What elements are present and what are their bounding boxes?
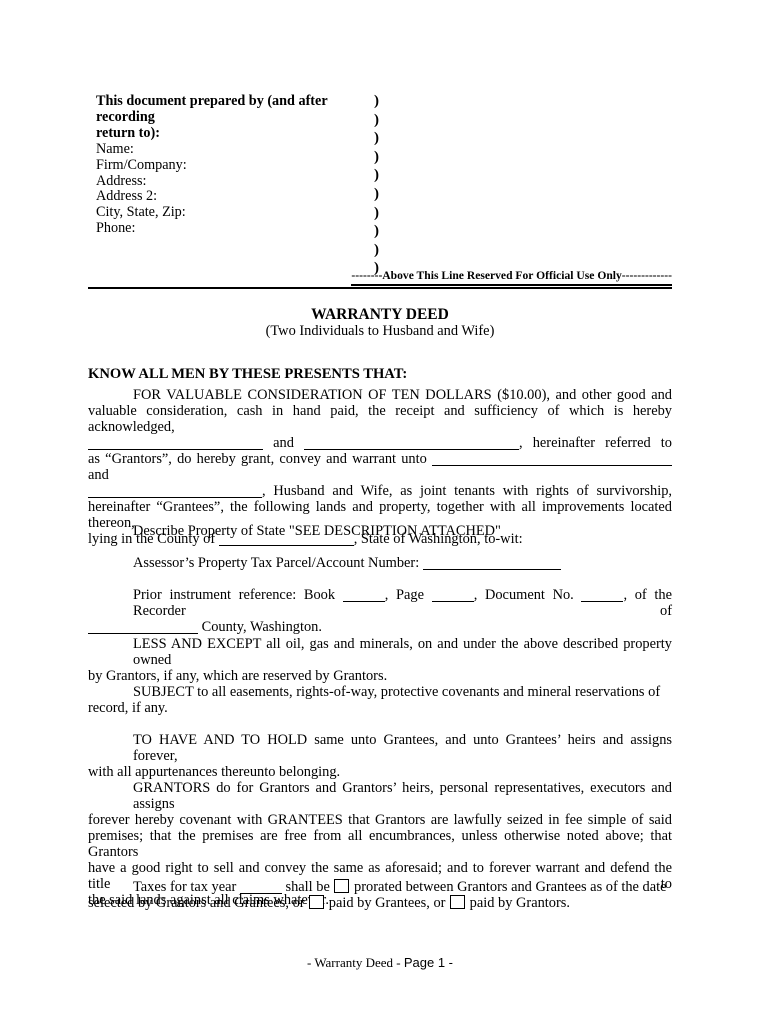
paren-mark: ) [374, 92, 394, 111]
paren-mark: ) [374, 166, 394, 185]
text-run: TO HAVE AND TO HOLD same unto Grantees, … [133, 732, 672, 764]
text-line: as “Grantors”, do hereby grant, convey a… [88, 451, 672, 483]
text-run: County, Washington. [198, 619, 322, 635]
presents-heading: KNOW ALL MEN BY THESE PRESENTS THAT: [88, 366, 672, 382]
text-run: Assessor’s Property Tax Parcel/Account N… [133, 555, 423, 571]
fill-in-blank[interactable] [88, 437, 263, 450]
page-footer: - Warranty Deed - Page 1 - [88, 955, 672, 971]
text-line: GRANTORS do for Grantors and Grantors’ h… [88, 780, 672, 812]
text-run: forever hereby covenant with GRANTEES th… [88, 812, 672, 828]
text-line: record, if any. [88, 700, 672, 716]
paren-mark: ) [374, 185, 394, 204]
paragraph-prior-instrument: Prior instrument reference: Book , Page … [88, 587, 672, 635]
text-line: valuable consideration, cash in hand pai… [88, 403, 672, 435]
prepared-by-line-1: This document prepared by (and after rec… [96, 94, 386, 126]
header-field-address-2: Address 2: [96, 189, 386, 205]
paren-mark: ) [374, 111, 394, 130]
text-line: with all appurtenances thereunto belongi… [88, 764, 672, 780]
paragraph-taxes: Taxes for tax year shall be prorated bet… [88, 879, 672, 911]
fill-in-blank[interactable] [88, 485, 262, 498]
fill-in-blank[interactable] [432, 453, 672, 466]
text-run: LESS AND EXCEPT all oil, gas and mineral… [133, 636, 672, 668]
fill-in-blank[interactable] [304, 437, 519, 450]
text-run: , Page [385, 587, 432, 603]
title-block: WARRANTY DEED (Two Individuals to Husban… [88, 306, 672, 340]
warranty-deed-page: This document prepared by (and after rec… [0, 0, 770, 1024]
text-run: , hereinafter referred to [519, 435, 672, 451]
text-run: GRANTORS do for Grantors and Grantors’ h… [133, 780, 672, 812]
text-line: SUBJECT to all easements, rights-of-way,… [88, 684, 672, 700]
text-run: as “Grantors”, do hereby grant, convey a… [88, 451, 432, 467]
text-line: premises; that the premises are free fro… [88, 828, 672, 860]
paren-mark: ) [374, 129, 394, 148]
text-run: paid by Grantees, or [325, 895, 449, 911]
fill-in-blank[interactable] [581, 589, 623, 602]
text-line: Taxes for tax year shall be prorated bet… [88, 879, 672, 895]
document-subtitle: (Two Individuals to Husband and Wife) [88, 323, 672, 340]
checkbox[interactable] [309, 895, 324, 909]
reserved-notice-text: --------Above This Line Reserved For Off… [351, 269, 672, 286]
recording-return-block: This document prepared by (and after rec… [96, 94, 386, 237]
paragraph-to-have-and-hold: TO HAVE AND TO HOLD same unto Grantees, … [88, 732, 672, 780]
text-line: County, Washington. [88, 619, 672, 635]
text-line: Assessor’s Property Tax Parcel/Account N… [88, 555, 672, 571]
paren-mark: ) [374, 148, 394, 167]
paren-mark: ) [374, 222, 394, 241]
header-field-firm-company: Firm/Company: [96, 158, 386, 174]
text-run: prorated between Grantors and Grantees a… [350, 879, 666, 895]
paren-mark: ) [374, 204, 394, 223]
footer-doc-name: - Warranty Deed - [307, 955, 404, 970]
header-divider [88, 287, 672, 289]
header-field-name: Name: [96, 142, 386, 158]
text-run: premises; that the premises are free fro… [88, 828, 672, 860]
header-field-address: Address: [96, 174, 386, 190]
text-run: and [263, 435, 304, 451]
text-line: TO HAVE AND TO HOLD same unto Grantees, … [88, 732, 672, 764]
paragraph-subject-to: SUBJECT to all easements, rights-of-way,… [88, 684, 672, 716]
text-run: and [88, 467, 109, 483]
text-line: forever hereby covenant with GRANTEES th… [88, 812, 672, 828]
text-run: Prior instrument reference: Book [133, 587, 343, 603]
text-run: SUBJECT to all easements, rights-of-way,… [133, 684, 660, 700]
text-line: selected by Grantors and Grantees, or pa… [88, 895, 672, 911]
text-run: by Grantors, if any, which are reserved … [88, 668, 387, 684]
text-run: shall be [282, 879, 334, 895]
reserved-line: --------Above This Line Reserved For Off… [88, 268, 672, 283]
header-field-phone: Phone: [96, 221, 386, 237]
checkbox[interactable] [450, 895, 465, 909]
text-run: with all appurtenances thereunto belongi… [88, 764, 340, 780]
fill-in-blank[interactable] [88, 621, 198, 634]
checkbox[interactable] [334, 879, 349, 893]
prepared-by-line-2: return to): [96, 126, 386, 142]
recording-stamp-parens: ) ) ) ) ) ) ) ) ) ) [374, 92, 394, 278]
text-line: Describe Property of State "SEE DESCRIPT… [88, 523, 672, 539]
document-title: WARRANTY DEED [88, 306, 672, 323]
line-assessor-parcel: Assessor’s Property Tax Parcel/Account N… [88, 555, 672, 571]
text-line: LESS AND EXCEPT all oil, gas and mineral… [88, 636, 672, 668]
fill-in-blank[interactable] [240, 881, 282, 894]
fill-in-blank[interactable] [423, 557, 561, 570]
text-line: , Husband and Wife, as joint tenants wit… [88, 483, 672, 499]
text-line: Prior instrument reference: Book , Page … [88, 587, 672, 619]
text-run: Taxes for tax year [133, 879, 240, 895]
text-run: , Husband and Wife, as joint tenants wit… [262, 483, 672, 499]
paren-mark: ) [374, 241, 394, 260]
header-field-city-state-zip: City, State, Zip: [96, 205, 386, 221]
text-line: and , hereinafter referred to [88, 435, 672, 451]
paragraph-less-and-except: LESS AND EXCEPT all oil, gas and mineral… [88, 636, 672, 684]
text-line: by Grantors, if any, which are reserved … [88, 668, 672, 684]
text-run: valuable consideration, cash in hand pai… [88, 403, 672, 435]
footer-page-number: Page 1 - [404, 955, 453, 970]
text-run: FOR VALUABLE CONSIDERATION OF TEN DOLLAR… [133, 387, 672, 403]
text-run: Describe Property of State "SEE DESCRIPT… [133, 523, 501, 539]
text-line: FOR VALUABLE CONSIDERATION OF TEN DOLLAR… [88, 387, 672, 403]
line-describe-property: Describe Property of State "SEE DESCRIPT… [88, 523, 672, 539]
fill-in-blank[interactable] [343, 589, 385, 602]
fill-in-blank[interactable] [432, 589, 474, 602]
text-run: , Document No. [474, 587, 582, 603]
text-run: record, if any. [88, 700, 168, 716]
text-run: selected by Grantors and Grantees, or [88, 895, 308, 911]
text-run: paid by Grantors. [466, 895, 570, 911]
